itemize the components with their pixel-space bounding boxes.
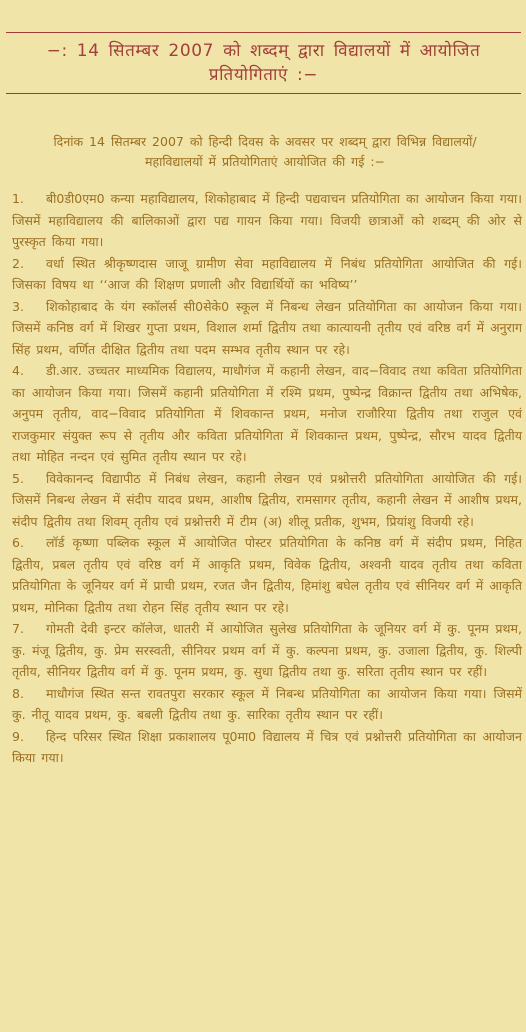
list-item: 3.शिकोहाबाद के यंग स्कॉलर्स सी0सेके0 स्क… [12,296,522,361]
list-item: 4.डी.आर. उच्चतर माध्यमिक विद्यालय, माधौग… [12,360,522,468]
item-text: वर्धा स्थित श्रीकृष्णदास जाजू ग्रामीण से… [12,256,522,293]
list-item: 6.लॉर्ड कृष्णा पब्लिक स्कूल में आयोजित प… [12,532,522,618]
item-text: डी.आर. उच्चतर माध्यमिक विद्यालय, माधौगंज… [12,363,522,464]
competition-list: 1.बी0डी0एम0 कन्या महाविद्यालय, शिकोहाबाद… [12,188,522,769]
item-number: 2. [12,253,46,275]
item-number: 8. [12,683,46,705]
item-number: 9. [12,726,46,748]
intro-paragraph: दिनांक 14 सितम्बर 2007 को हिन्दी दिवस के… [30,132,500,172]
item-text: हिन्द परिसर स्थित शिक्षा प्रकाशालय पू0मा… [12,729,522,766]
item-text: गोमती देवी इन्टर कॉलेज, धातरी में आयोजित… [12,621,522,679]
item-text: लॉर्ड कृष्णा पब्लिक स्कूल में आयोजित पोस… [12,535,522,615]
list-item: 8.माधौगंज स्थित सन्त रावतपुरा सरकार स्कू… [12,683,522,726]
list-item: 1.बी0डी0एम0 कन्या महाविद्यालय, शिकोहाबाद… [12,188,522,253]
list-item: 5.विवेकानन्द विद्यापीठ में निबंध लेखन, क… [12,468,522,533]
item-text: माधौगंज स्थित सन्त रावतपुरा सरकार स्कूल … [12,686,522,723]
item-text: शिकोहाबाद के यंग स्कॉलर्स सी0सेके0 स्कूल… [12,299,522,357]
item-number: 4. [12,360,46,382]
page-title: −: 14 सितम्बर 2007 को शब्दम् द्वारा विद्… [6,33,521,87]
item-number: 3. [12,296,46,318]
item-number: 6. [12,532,46,554]
list-item: 7.गोमती देवी इन्टर कॉलेज, धातरी में आयोज… [12,618,522,683]
item-number: 5. [12,468,46,490]
list-item: 2.वर्धा स्थित श्रीकृष्णदास जाजू ग्रामीण … [12,253,522,296]
item-text: बी0डी0एम0 कन्या महाविद्यालय, शिकोहाबाद म… [12,191,522,249]
list-item: 9.हिन्द परिसर स्थित शिक्षा प्रकाशालय पू0… [12,726,522,769]
item-number: 7. [12,618,46,640]
item-number: 1. [12,188,46,210]
item-text: विवेकानन्द विद्यापीठ में निबंध लेखन, कहा… [12,471,522,529]
page-header: −: 14 सितम्बर 2007 को शब्दम् द्वारा विद्… [6,32,521,94]
